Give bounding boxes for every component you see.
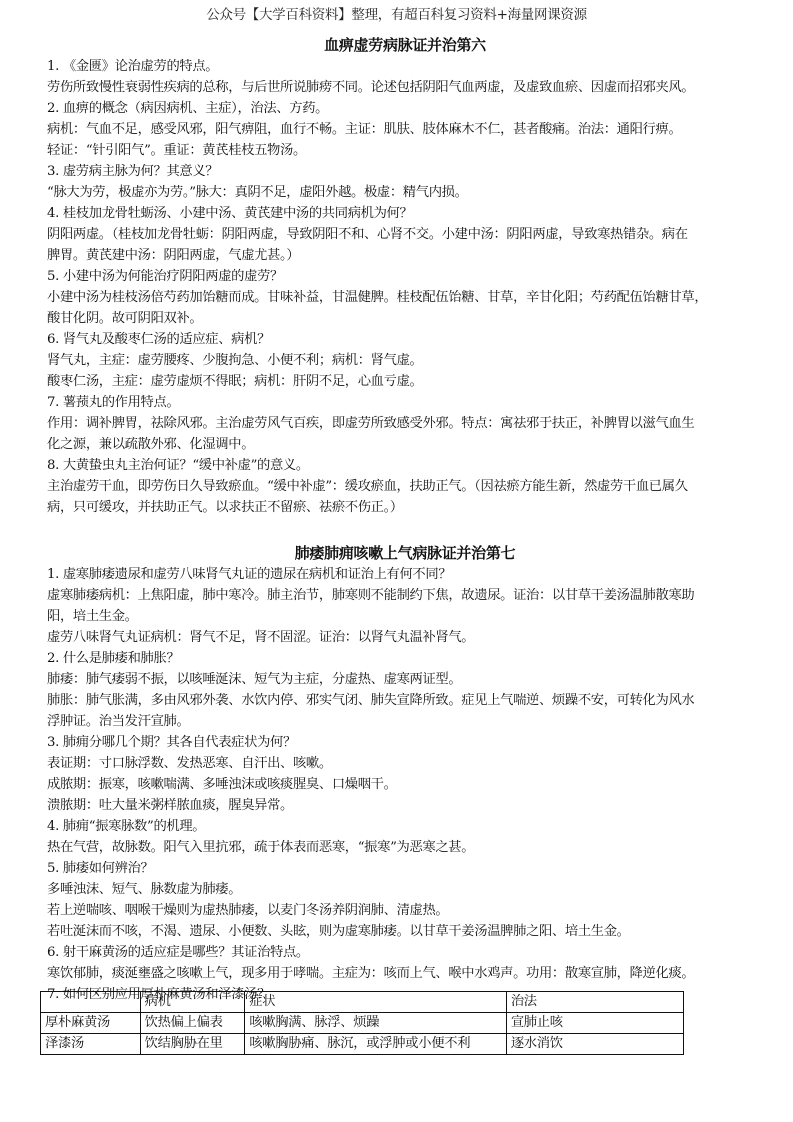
section-title: 血痹虚劳病脉证并治第六 xyxy=(47,34,757,56)
question-line: 4. 肺痈“振寒脉数”的机理。 xyxy=(47,816,757,837)
table-cell: 宣肺止咳 xyxy=(506,1013,683,1034)
answer-line: 虚劳八味肾气丸证病机：肾气不足，肾不固涩。证治：以肾气丸温补肾气。 xyxy=(47,627,757,648)
question-line: 2. 血痹的概念（病因病机、主症），治法、方药。 xyxy=(47,98,757,119)
table-header-cell: 病机 xyxy=(140,992,245,1013)
answer-line: 酸枣仁汤，主症：虚劳虚烦不得眠；病机：肝阴不足，心血亏虚。 xyxy=(47,371,757,392)
answer-line: “脉大为劳，极虚亦为劳。”脉大：真阴不足，虚阳外越。极虚：精气内损。 xyxy=(47,182,757,203)
answer-line: 肺痿：肺气痿弱不振，以咳唾涎沫、短气为主症，分虚热、虚寒两证型。 xyxy=(47,669,757,690)
answer-line: 浮肿证。治当发汗宣肺。 xyxy=(47,711,757,732)
question-line: 5. 肺痿如何辨治？ xyxy=(47,858,757,879)
table-header-row: 病机 症状 治法 xyxy=(41,992,684,1013)
answer-line: 肾气丸，主症：虚劳腰疼、少腹拘急、小便不利；病机：肾气虚。 xyxy=(47,350,757,371)
answer-line: 化之源，兼以疏散外邪、化湿调中。 xyxy=(47,434,757,455)
table-row: 泽漆汤 饮结胸胁在里 咳嗽胸胁痛、脉沉，或浮肿或小便不利 逐水消饮 xyxy=(41,1034,684,1055)
answer-line: 病机：气血不足，感受风邪，阳气痹阻，血行不畅。主证：肌肤、肢体麻木不仁，甚者酸痛… xyxy=(47,119,757,140)
comparison-table: 病机 症状 治法 厚朴麻黄汤 饮热偏上偏表 咳嗽胸满、脉浮、烦躁 宣肺止咳 泽漆… xyxy=(40,991,684,1055)
table-cell: 饮热偏上偏表 xyxy=(140,1013,245,1034)
table-header-cell xyxy=(41,992,141,1013)
table-cell: 咳嗽胸满、脉浮、烦躁 xyxy=(245,1013,507,1034)
answer-line: 表证期：寸口脉浮数、发热恶寒、自汗出、咳嗽。 xyxy=(47,753,757,774)
document-body: 血痹虚劳病脉证并治第六 1. 《金匮》论治虚劳的特点。 劳伤所致慢性衰弱性疾病的… xyxy=(47,34,757,1005)
table-cell: 饮结胸胁在里 xyxy=(140,1034,245,1055)
question-line: 3. 肺痈分哪几个期？其各自代表症状为何？ xyxy=(47,732,757,753)
question-line: 1. 虚寒肺痿遗尿和虚劳八味肾气丸证的遗尿在病机和证治上有何不同？ xyxy=(47,564,757,585)
table-cell: 咳嗽胸胁痛、脉沉，或浮肿或小便不利 xyxy=(245,1034,507,1055)
question-line: 8. 大黄蛰虫丸主治何证？“缓中补虚”的意义。 xyxy=(47,455,757,476)
answer-line: 小建中汤为桂枝汤倍芍药加饴糖而成。甘味补益，甘温健脾。桂枝配伍饴糖、甘草，辛甘化… xyxy=(47,287,757,308)
answer-line: 热在气营，故脉数。阳气入里抗邪，疏于体表而恶寒，“振寒”为恶寒之甚。 xyxy=(47,837,757,858)
answer-line: 肺胀：肺气胀满，多由风邪外袭、水饮内停、邪实气闭、肺失宣降所致。症见上气喘逆、烦… xyxy=(47,690,757,711)
question-line: 1. 《金匮》论治虚劳的特点。 xyxy=(47,56,757,77)
question-line: 6. 肾气丸及酸枣仁汤的适应症、病机？ xyxy=(47,329,757,350)
question-line: 6. 射干麻黄汤的适应症是哪些？其证治特点。 xyxy=(47,942,757,963)
question-line: 3. 虚劳病主脉为何？其意义？ xyxy=(47,161,757,182)
question-line: 2. 什么是肺痿和肺胀？ xyxy=(47,648,757,669)
header-note: 公众号【大学百科资料】整理，有超百科复习资料+海量网课资源 xyxy=(0,3,793,23)
answer-line: 阳，培土生金。 xyxy=(47,606,757,627)
section-gap xyxy=(47,518,757,542)
answer-line: 成脓期：振寒，咳嗽喘满、多唾浊沫或咳痰腥臭、口燥咽干。 xyxy=(47,774,757,795)
answer-line: 阴阳两虚。（桂枝加龙骨牡蛎：阴阳两虚，导致阴阳不和、心肾不交。小建中汤：阴阳两虚… xyxy=(47,224,757,245)
answer-line: 多唾浊沫、短气、脉数虚为肺痿。 xyxy=(47,879,757,900)
table-header-cell: 治法 xyxy=(506,992,683,1013)
answer-line: 病，只可缓攻，并扶助正气。以求扶正不留瘀、祛瘀不伤正。） xyxy=(47,497,757,518)
answer-line: 轻证：“针引阳气”。重证：黄芪桂枝五物汤。 xyxy=(47,140,757,161)
answer-line: 若吐涎沫而不咳，不渴、遗尿、小便数、头眩，则为虚寒肺痿。以甘草干姜汤温脾肺之阳、… xyxy=(47,921,757,942)
table-row: 厚朴麻黄汤 饮热偏上偏表 咳嗽胸满、脉浮、烦躁 宣肺止咳 xyxy=(41,1013,684,1034)
answer-line: 脾胃。黄芪建中汤：阴阳两虚，气虚尤甚。） xyxy=(47,245,757,266)
answer-line: 虚寒肺痿病机：上焦阳虚，肺中寒冷。肺主治节，肺寒则不能制约下焦，故遗尿。证治：以… xyxy=(47,585,757,606)
table-cell: 逐水消饮 xyxy=(506,1034,683,1055)
table-cell: 泽漆汤 xyxy=(41,1034,141,1055)
question-line: 4. 桂枝加龙骨牡蛎汤、小建中汤、黄芪建中汤的共同病机为何？ xyxy=(47,203,757,224)
answer-line: 主治虚劳干血，即劳伤日久导致瘀血。“缓中补虚”：缓攻瘀血，扶助正气。（因祛瘀方能… xyxy=(47,476,757,497)
answer-line: 酸甘化阴。故可阴阳双补。 xyxy=(47,308,757,329)
table-header-cell: 症状 xyxy=(245,992,507,1013)
question-line: 7. 薯蓣丸的作用特点。 xyxy=(47,392,757,413)
answer-line: 若上逆喘咳、咽喉干燥则为虚热肺痿，以麦门冬汤养阴润肺、清虚热。 xyxy=(47,900,757,921)
answer-line: 溃脓期：吐大量米粥样脓血痰，腥臭异常。 xyxy=(47,795,757,816)
answer-line: 劳伤所致慢性衰弱性疾病的总称，与后世所说肺痨不同。论述包括阴阳气血两虚，及虚致血… xyxy=(47,77,757,98)
answer-line: 作用：调补脾胃，祛除风邪。主治虚劳风气百疾，即虚劳所致感受外邪。特点：寓祛邪于扶… xyxy=(47,413,757,434)
table-cell: 厚朴麻黄汤 xyxy=(41,1013,141,1034)
question-line: 5. 小建中汤为何能治疗阴阳两虚的虚劳？ xyxy=(47,266,757,287)
section-title: 肺痿肺痈咳嗽上气病脉证并治第七 xyxy=(47,542,757,564)
answer-line: 寒饮郁肺，痰涎壅盛之咳嗽上气，现多用于哮喘。主症为：咳而上气、喉中水鸡声。功用：… xyxy=(47,963,757,984)
